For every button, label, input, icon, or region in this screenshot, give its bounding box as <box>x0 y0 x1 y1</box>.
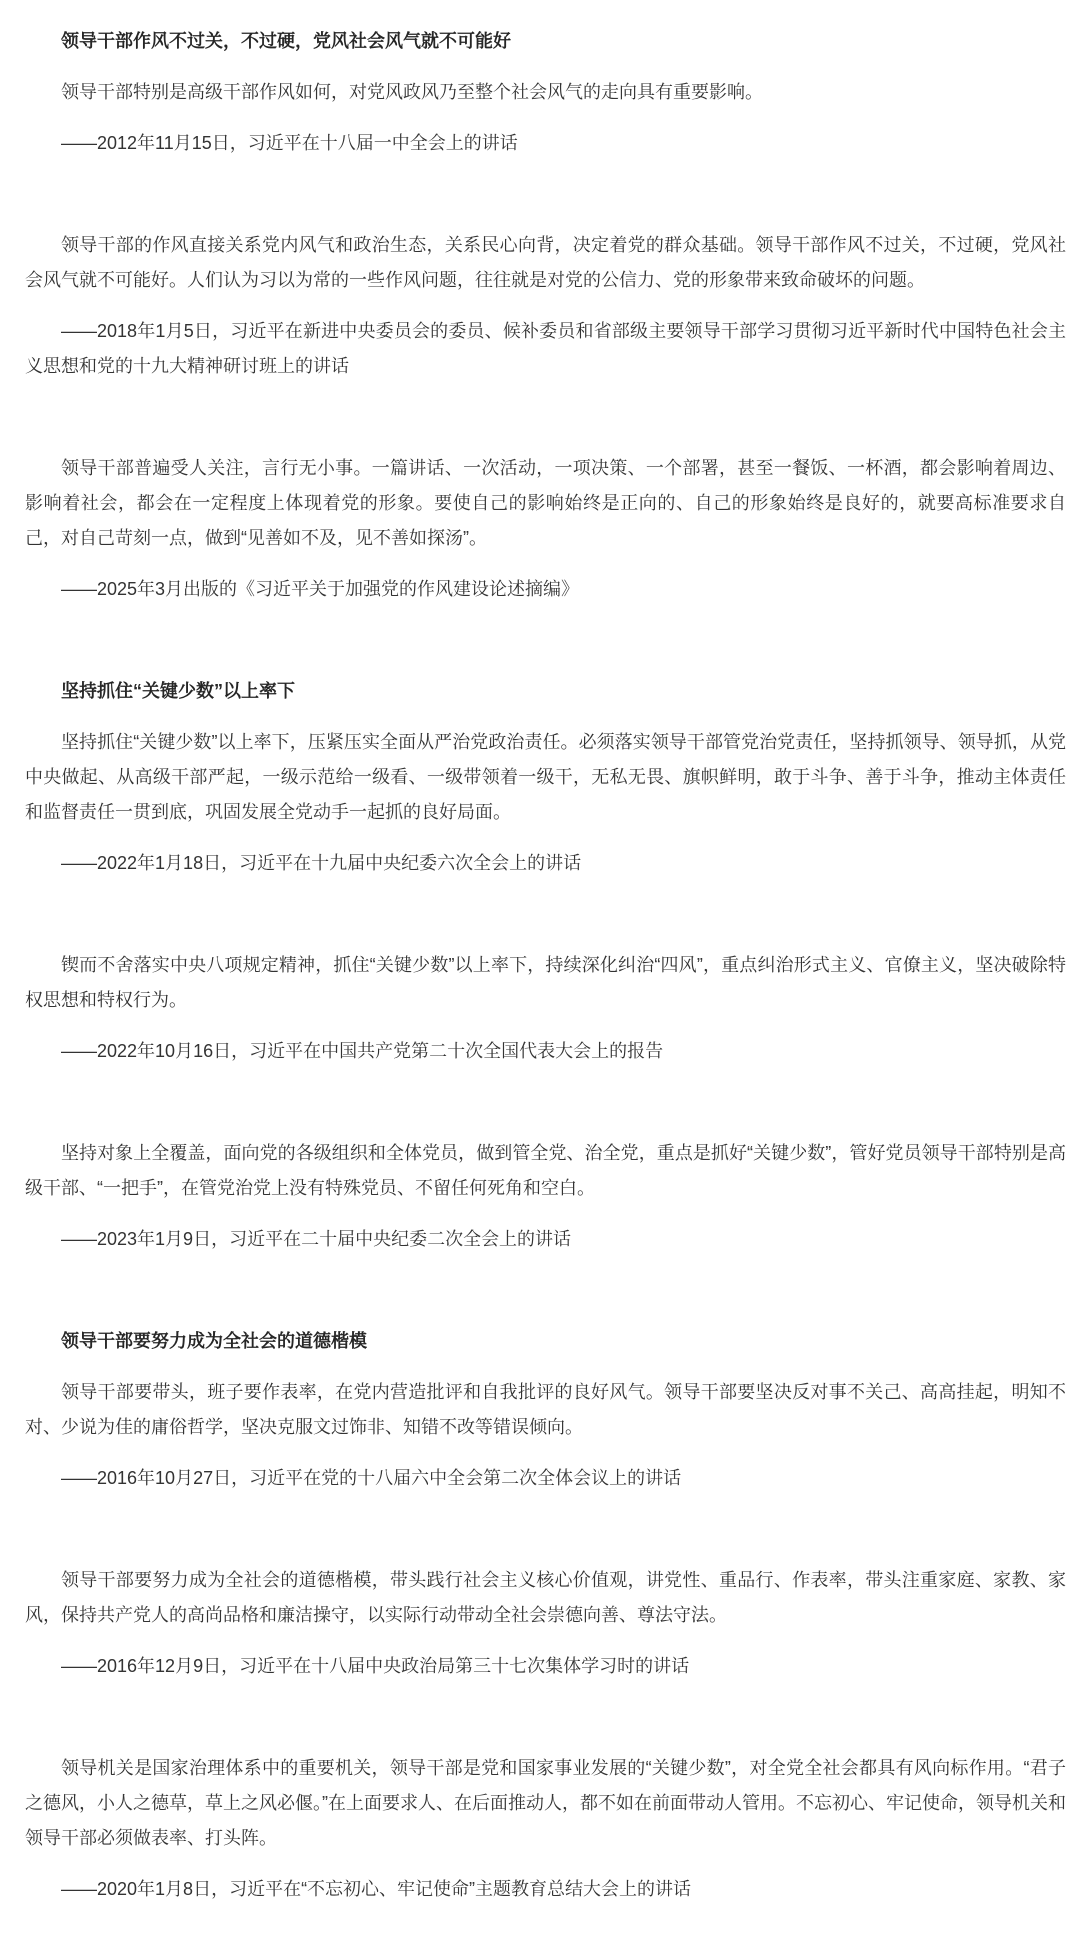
quote-source: ——2018年1月5日，习近平在新进中央委员会的委员、候补委员和省部级主要领导干… <box>25 314 1066 384</box>
quote-text: 领导干部要带头，班子要作表率，在党内营造批评和自我批评的良好风气。领导干部要坚决… <box>25 1375 1066 1445</box>
section-heading: 坚持抓住“关键少数”以上率下 <box>25 674 1066 709</box>
article-page: 领导干部作风不过关，不过硬，党风社会风气就不可能好 领导干部特别是高级干部作风如… <box>0 0 1090 1956</box>
quote-text: 领导干部要努力成为全社会的道德楷模，带头践行社会主义核心价值观，讲党性、重品行、… <box>25 1563 1066 1633</box>
blank-line <box>25 1512 1066 1547</box>
quote-source: ——2022年1月18日，习近平在十九届中央纪委六次全会上的讲话 <box>25 846 1066 881</box>
blank-line <box>25 623 1066 658</box>
quote-text: 领导干部普遍受人关注，言行无小事。一篇讲话、一次活动，一项决策、一个部署，甚至一… <box>25 451 1066 556</box>
blank-line <box>25 897 1066 932</box>
quote-source: ——2023年1月9日，习近平在二十届中央纪委二次全会上的讲话 <box>25 1222 1066 1257</box>
quote-text: 领导干部特别是高级干部作风如何，对党风政风乃至整个社会风气的走向具有重要影响。 <box>25 75 1066 110</box>
blank-line <box>25 400 1066 435</box>
quote-source: ——2025年3月出版的《习近平关于加强党的作风建设论述摘编》 <box>25 572 1066 607</box>
quote-text: 领导干部的作风直接关系党内风气和政治生态，关系民心向背，决定着党的群众基础。领导… <box>25 228 1066 298</box>
quote-source: ——2016年10月27日，习近平在党的十八届六中全会第二次全体会议上的讲话 <box>25 1461 1066 1496</box>
section-heading: 领导干部作风不过关，不过硬，党风社会风气就不可能好 <box>25 24 1066 59</box>
quote-text: 领导机关是国家治理体系中的重要机关，领导干部是党和国家事业发展的“关键少数”，对… <box>25 1751 1066 1856</box>
quote-source: ——2022年10月16日，习近平在中国共产党第二十次全国代表大会上的报告 <box>25 1034 1066 1069</box>
quote-source: ——2020年1月8日，习近平在“不忘初心、牢记使命”主题教育总结大会上的讲话 <box>25 1872 1066 1907</box>
quote-source: ——2016年12月9日，习近平在十八届中央政治局第三十七次集体学习时的讲话 <box>25 1649 1066 1684</box>
blank-line <box>25 1273 1066 1308</box>
section-heading: 领导干部要努力成为全社会的道德楷模 <box>25 1324 1066 1359</box>
quote-text: 锲而不舍落实中央八项规定精神，抓住“关键少数”以上率下，持续深化纠治“四风”，重… <box>25 948 1066 1018</box>
blank-line <box>25 1700 1066 1735</box>
blank-line <box>25 177 1066 212</box>
quote-source: ——2012年11月15日，习近平在十八届一中全会上的讲话 <box>25 126 1066 161</box>
quote-text: 坚持抓住“关键少数”以上率下，压紧压实全面从严治党政治责任。必须落实领导干部管党… <box>25 725 1066 830</box>
blank-line <box>25 1085 1066 1120</box>
quote-text: 坚持对象上全覆盖，面向党的各级组织和全体党员，做到管全党、治全党，重点是抓好“关… <box>25 1136 1066 1206</box>
